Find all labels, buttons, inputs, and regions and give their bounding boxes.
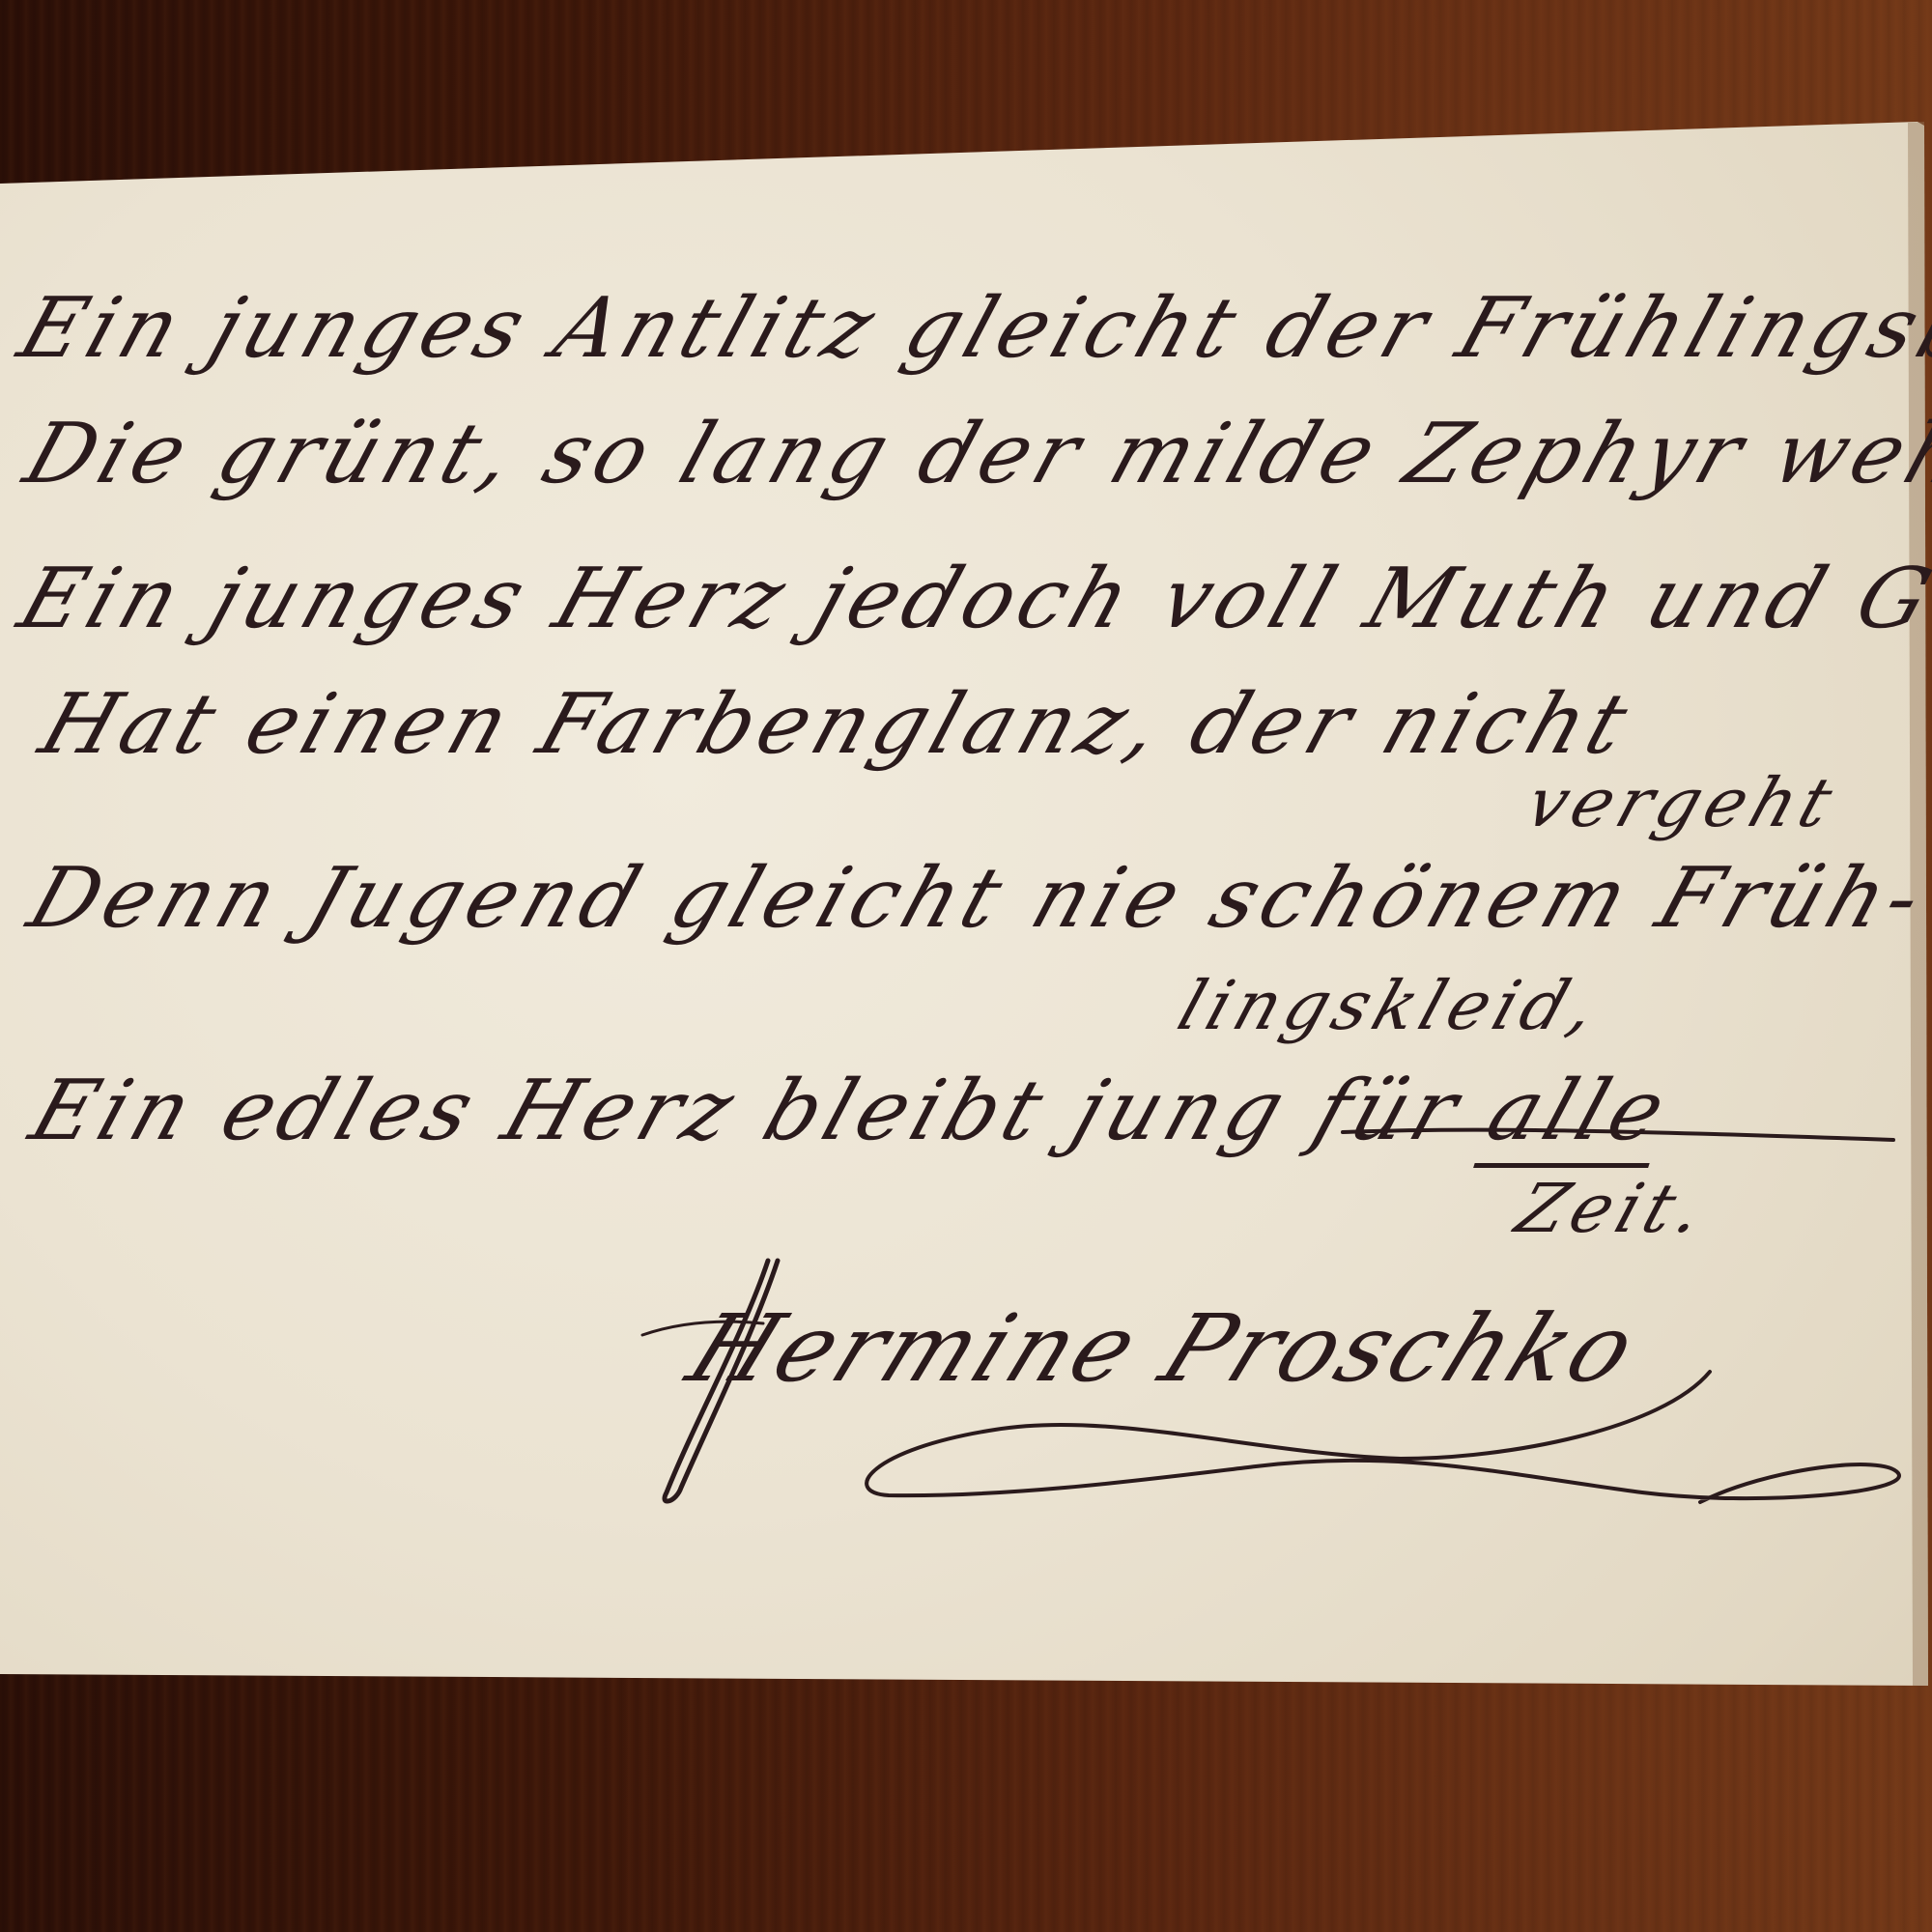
signature-flourish-icon bbox=[0, 0, 1932, 1932]
handwritten-poem: Ein junges Antlitz gleicht der Frühlings… bbox=[0, 0, 1932, 1932]
